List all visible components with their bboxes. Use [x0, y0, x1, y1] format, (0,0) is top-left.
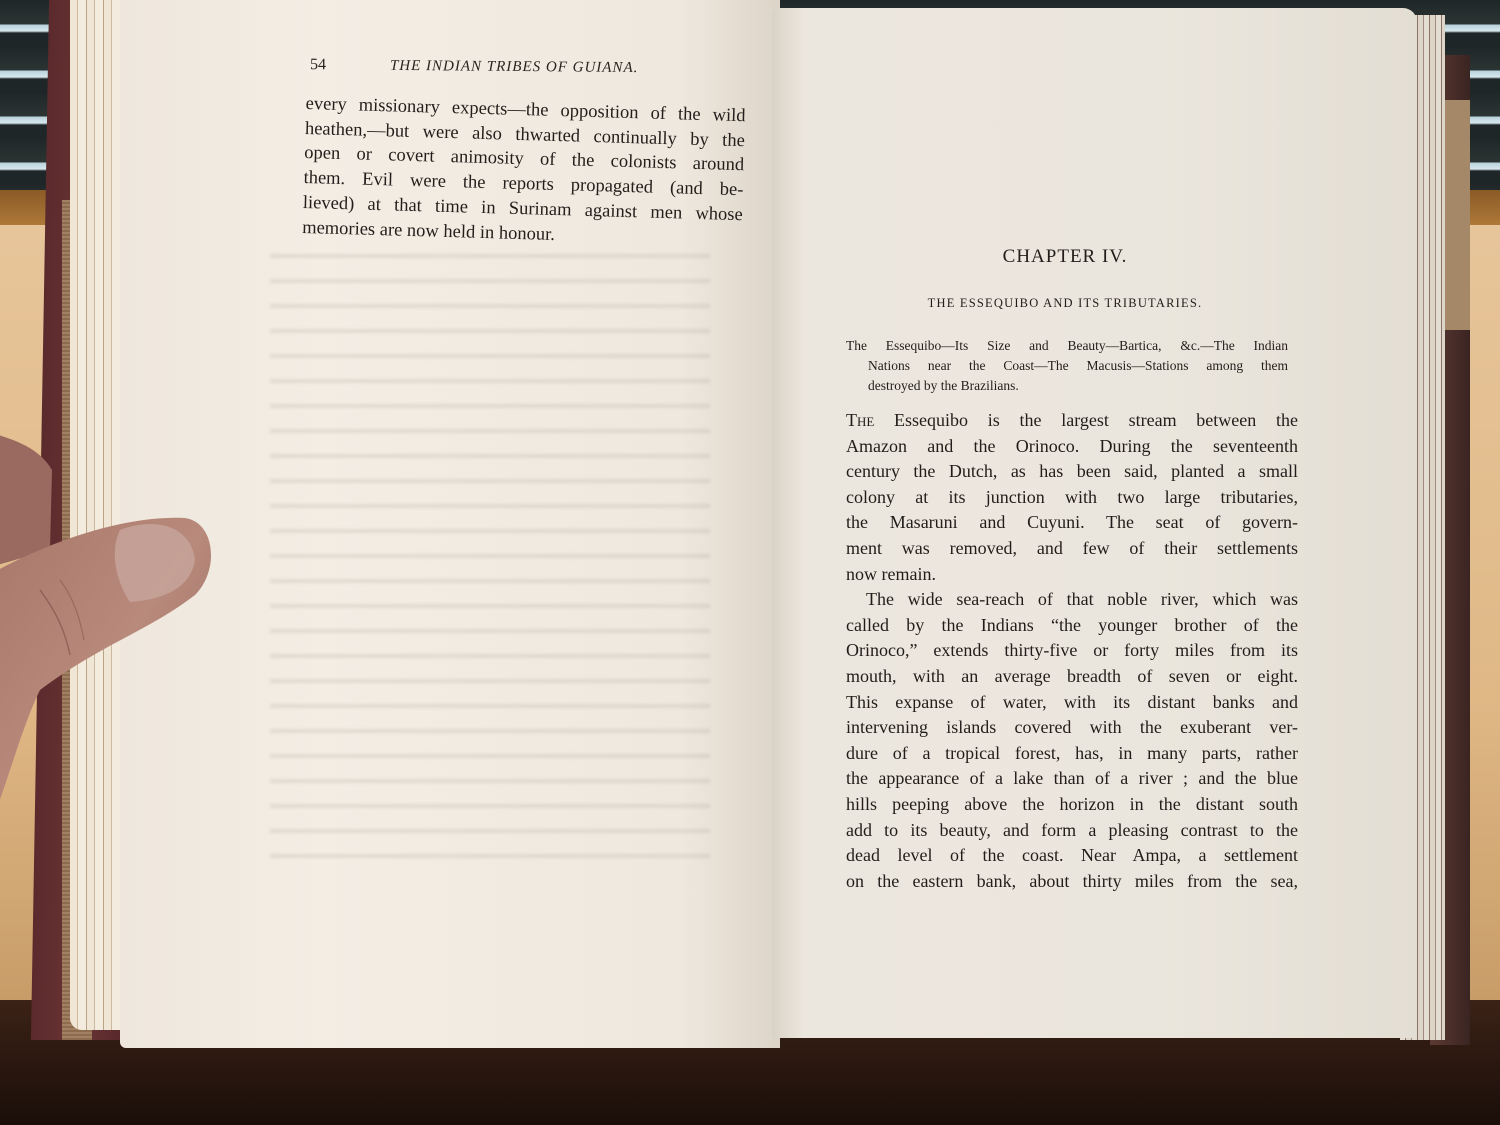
- synopsis-line: Nations near the Coast—The Macusis—Stati…: [846, 356, 1288, 376]
- text-line: mouth, with an average breadth of seven …: [846, 664, 1298, 690]
- page-number: 54: [310, 56, 326, 74]
- text-line: intervening islands covered with the exu…: [846, 715, 1298, 741]
- running-head: 54 THE INDIAN TRIBES OF GUIANA.: [310, 56, 730, 78]
- text-line: Orinoco,” extends thirty-five or forty m…: [846, 638, 1298, 664]
- synopsis-line: destroyed by the Brazilians.: [846, 376, 1288, 396]
- hand-thumb-illustration: [0, 430, 230, 850]
- book-cover-cloth-right: [1445, 100, 1470, 330]
- drop-word: The: [846, 410, 874, 430]
- text-line: the appearance of a lake than of a river…: [846, 766, 1298, 792]
- text-line: ment was removed, and few of their settl…: [846, 536, 1298, 562]
- text-line: century the Dutch, as has been said, pla…: [846, 459, 1298, 485]
- chapter-synopsis: The Essequibo—Its Size and Beauty—Bartic…: [846, 336, 1288, 396]
- chapter-title: CHAPTER IV.: [845, 246, 1285, 268]
- text-line: This expanse of water, with its distant …: [846, 690, 1298, 716]
- text-line: colony at its junction with two large tr…: [846, 485, 1298, 511]
- running-title: THE INDIAN TRIBES OF GUIANA.: [390, 58, 639, 77]
- text-line: dure of a tropical forest, has, in many …: [846, 741, 1298, 767]
- text-line: The wide sea-reach of that noble river, …: [846, 587, 1298, 613]
- text-line: the Masaruni and Cuyuni. The seat of gov…: [846, 510, 1298, 536]
- text-line: add to its beauty, and form a pleasing c…: [846, 818, 1298, 844]
- synopsis-line: The Essequibo—Its Size and Beauty—Bartic…: [846, 336, 1288, 356]
- text-line: The Essequibo is the largest stream betw…: [846, 408, 1298, 434]
- left-page-text: every missionary expects—the opposition …: [302, 92, 746, 252]
- right-page-body: The Essequibo is the largest stream betw…: [846, 408, 1298, 894]
- text-line: Amazon and the Orinoco. During the seven…: [846, 434, 1298, 460]
- text-line: hills peeping above the horizon in the d…: [846, 792, 1298, 818]
- text-line: dead level of the coast. Near Ampa, a se…: [846, 843, 1298, 869]
- text-line: now remain.: [846, 562, 1298, 588]
- text-line: on the eastern bank, about thirty miles …: [846, 869, 1298, 895]
- chapter-subtitle: THE ESSEQUIBO AND ITS TRIBUTARIES.: [845, 296, 1285, 311]
- bleed-through-text: [270, 240, 710, 860]
- text-line: called by the Indians “the younger broth…: [846, 613, 1298, 639]
